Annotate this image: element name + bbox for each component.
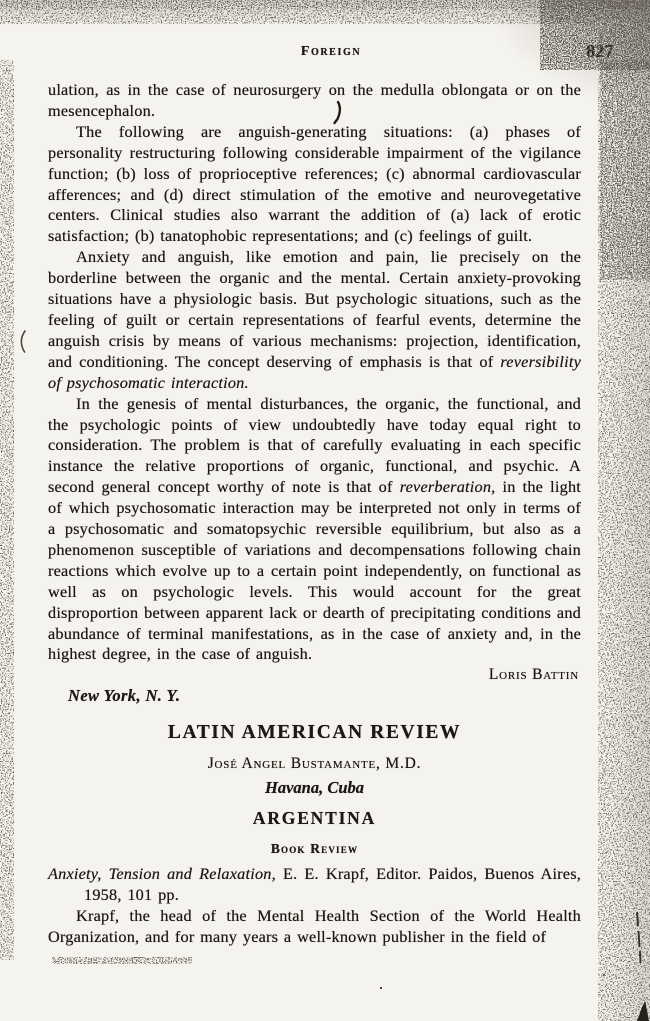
foreign-paragraph-continuation: ulation, as in the case of neurosurgery … — [48, 80, 581, 122]
book-citation: Anxiety, Tension and Relaxation, E. E. K… — [48, 864, 581, 906]
page-body: ulation, as in the case of neurosurgery … — [48, 80, 581, 948]
running-head-section-label: Foreign — [48, 44, 614, 60]
foreign-paragraph: The following are anguish-generating sit… — [48, 122, 581, 247]
scan-artifact-margin-mark — [21, 331, 25, 352]
article-title: LATIN AMERICAN REVIEW — [48, 721, 581, 745]
scan-artifact-speck — [380, 987, 382, 989]
scanned-journal-page: Foreign 827 ulation, as in the case of n… — [0, 0, 650, 1021]
scan-artifact-bottom-dashes — [52, 957, 192, 964]
page-number: 827 — [586, 41, 614, 62]
scan-artifact-right-edge — [598, 0, 650, 1021]
running-head: Foreign 827 — [48, 44, 614, 66]
scan-artifact-top-band — [0, 0, 650, 24]
author-signature: Loris Battin — [48, 666, 579, 684]
scan-artifact-speck — [603, 974, 605, 976]
review-paragraph: Krapf, the head of the Mental Health Sec… — [48, 906, 581, 948]
article-author: José Angel Bustamante, M.D. — [48, 754, 581, 773]
scan-artifact-vertical-scratch — [637, 912, 641, 963]
scan-artifact-corner-blob — [637, 1001, 649, 1021]
article-author-location: Havana, Cuba — [48, 778, 581, 798]
author-location: New York, N. Y. — [68, 686, 581, 706]
country-heading: ARGENTINA — [48, 807, 581, 829]
book-review-heading: Book Review — [48, 841, 581, 857]
scan-artifact-left-edge — [0, 60, 14, 960]
foreign-paragraph: In the genesis of mental disturbances, t… — [48, 394, 581, 666]
foreign-paragraph: Anxiety and anguish, like emotion and pa… — [48, 247, 581, 393]
